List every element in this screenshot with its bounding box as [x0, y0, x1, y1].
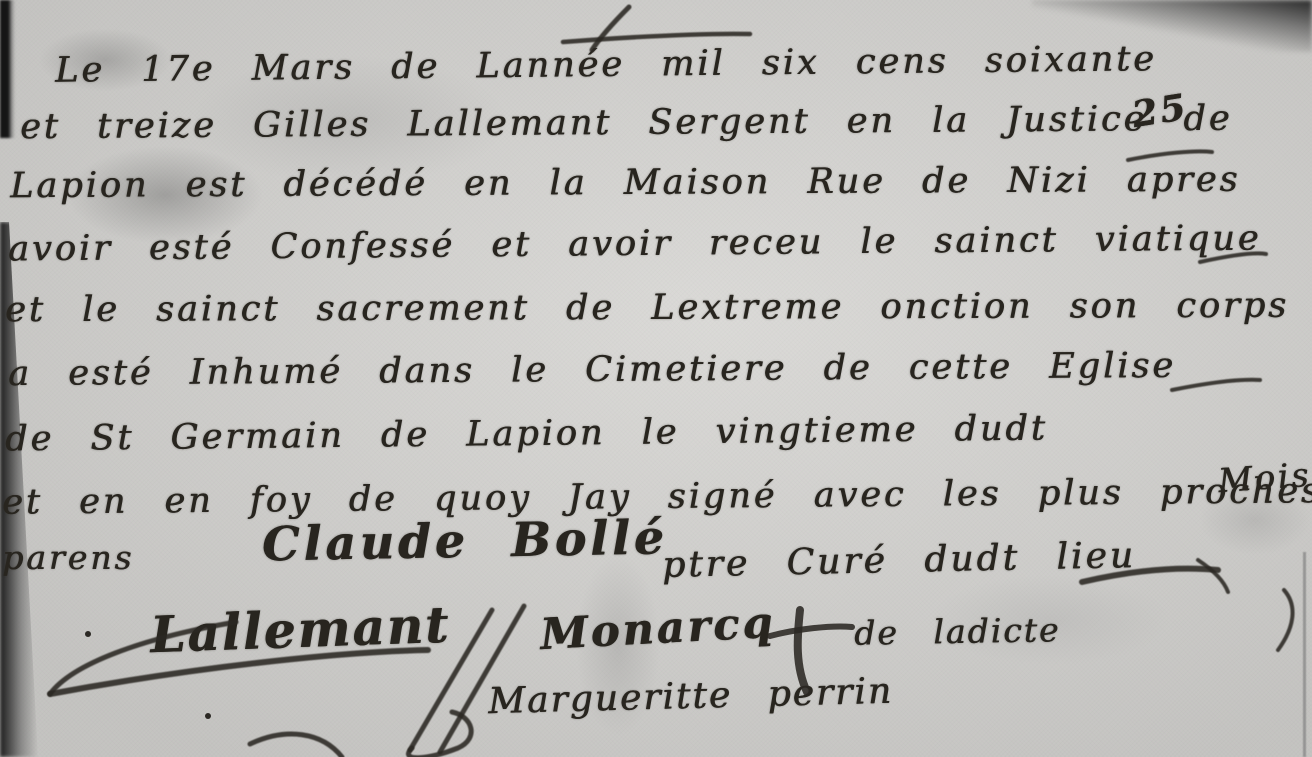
signature-monarcq: Monarcq [539, 598, 777, 660]
page-edge-left-top [0, 0, 15, 138]
line6-filler-dash [1172, 380, 1260, 390]
line2-filler-dash [1128, 151, 1212, 160]
page-edge-right-line [1303, 552, 1306, 757]
signature-priest-claude-bolle: Claude Bollé [262, 510, 669, 572]
record-line-7: de St Germain de Lapion le vingtieme dud… [5, 409, 1048, 460]
priest-title: ptre Curé dudt lieu [662, 535, 1137, 586]
marginal-act-number: 25 [1129, 86, 1191, 136]
register-page-scan: Le 17e Mars de Lannée mil six cens soixa… [0, 0, 1312, 757]
record-line-3: Lapion est décédé en la Maison Rue de Ni… [10, 160, 1241, 206]
record-line-5: et le sainct sacrement de Lextreme oncti… [5, 286, 1289, 330]
signature-margueritte-perrin: Margueritte perrin [488, 671, 894, 723]
record-line-9: parens [2, 538, 134, 577]
record-line-6: a esté Inhumé dans le Cimetiere de cette… [8, 346, 1176, 394]
right-margin-squiggle [1278, 590, 1293, 650]
witness-mark-caption: de ladicte [854, 610, 1061, 653]
record-line-4: avoir esté Confessé et avoir receu le sa… [8, 219, 1262, 270]
signature-lallemant: Lallemant [149, 595, 451, 664]
record-line-2: et treize Gilles Lallemant Sergent en la… [20, 99, 1233, 147]
record-line-1: Le 17e Mars de Lannée mil six cens soixa… [55, 39, 1157, 91]
